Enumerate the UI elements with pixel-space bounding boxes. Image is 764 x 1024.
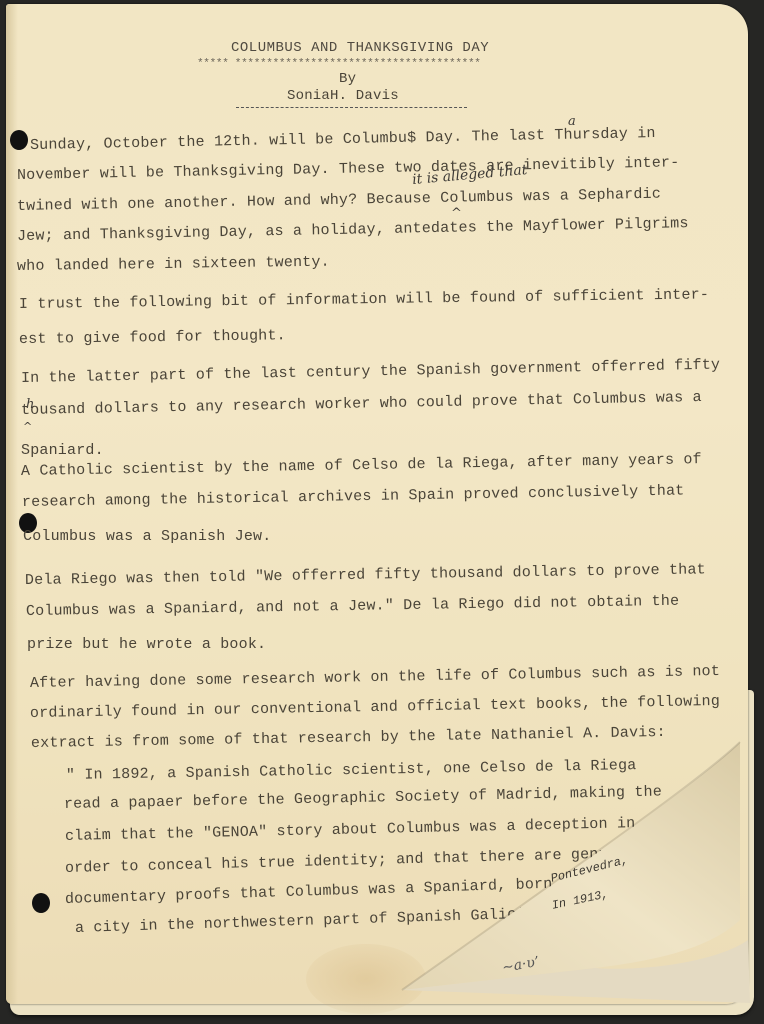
title-underline-stars: ***** **********************************…	[197, 58, 481, 70]
text-line: Spaniard.	[21, 442, 104, 459]
water-stain	[306, 944, 426, 1014]
text-line: prize but he wrote a book.	[27, 636, 266, 653]
byline-label: By	[339, 71, 356, 87]
punch-hole-top	[10, 130, 28, 150]
handwritten-caret: ^	[451, 206, 462, 221]
document-title: COLUMBUS AND THANKSGIVING DAY	[231, 40, 489, 56]
document-viewer: COLUMBUS AND THANKSGIVING DAY ***** ****…	[0, 0, 764, 1024]
text-line: Columbus was a Spanish Jew.	[23, 528, 271, 545]
author-name: SoniaH. Davis	[287, 88, 399, 104]
punch-hole-bottom	[32, 893, 50, 913]
author-underline	[236, 107, 467, 108]
handwritten-caret-2: ^	[23, 420, 32, 433]
handwritten-correction-a: a	[568, 114, 576, 129]
